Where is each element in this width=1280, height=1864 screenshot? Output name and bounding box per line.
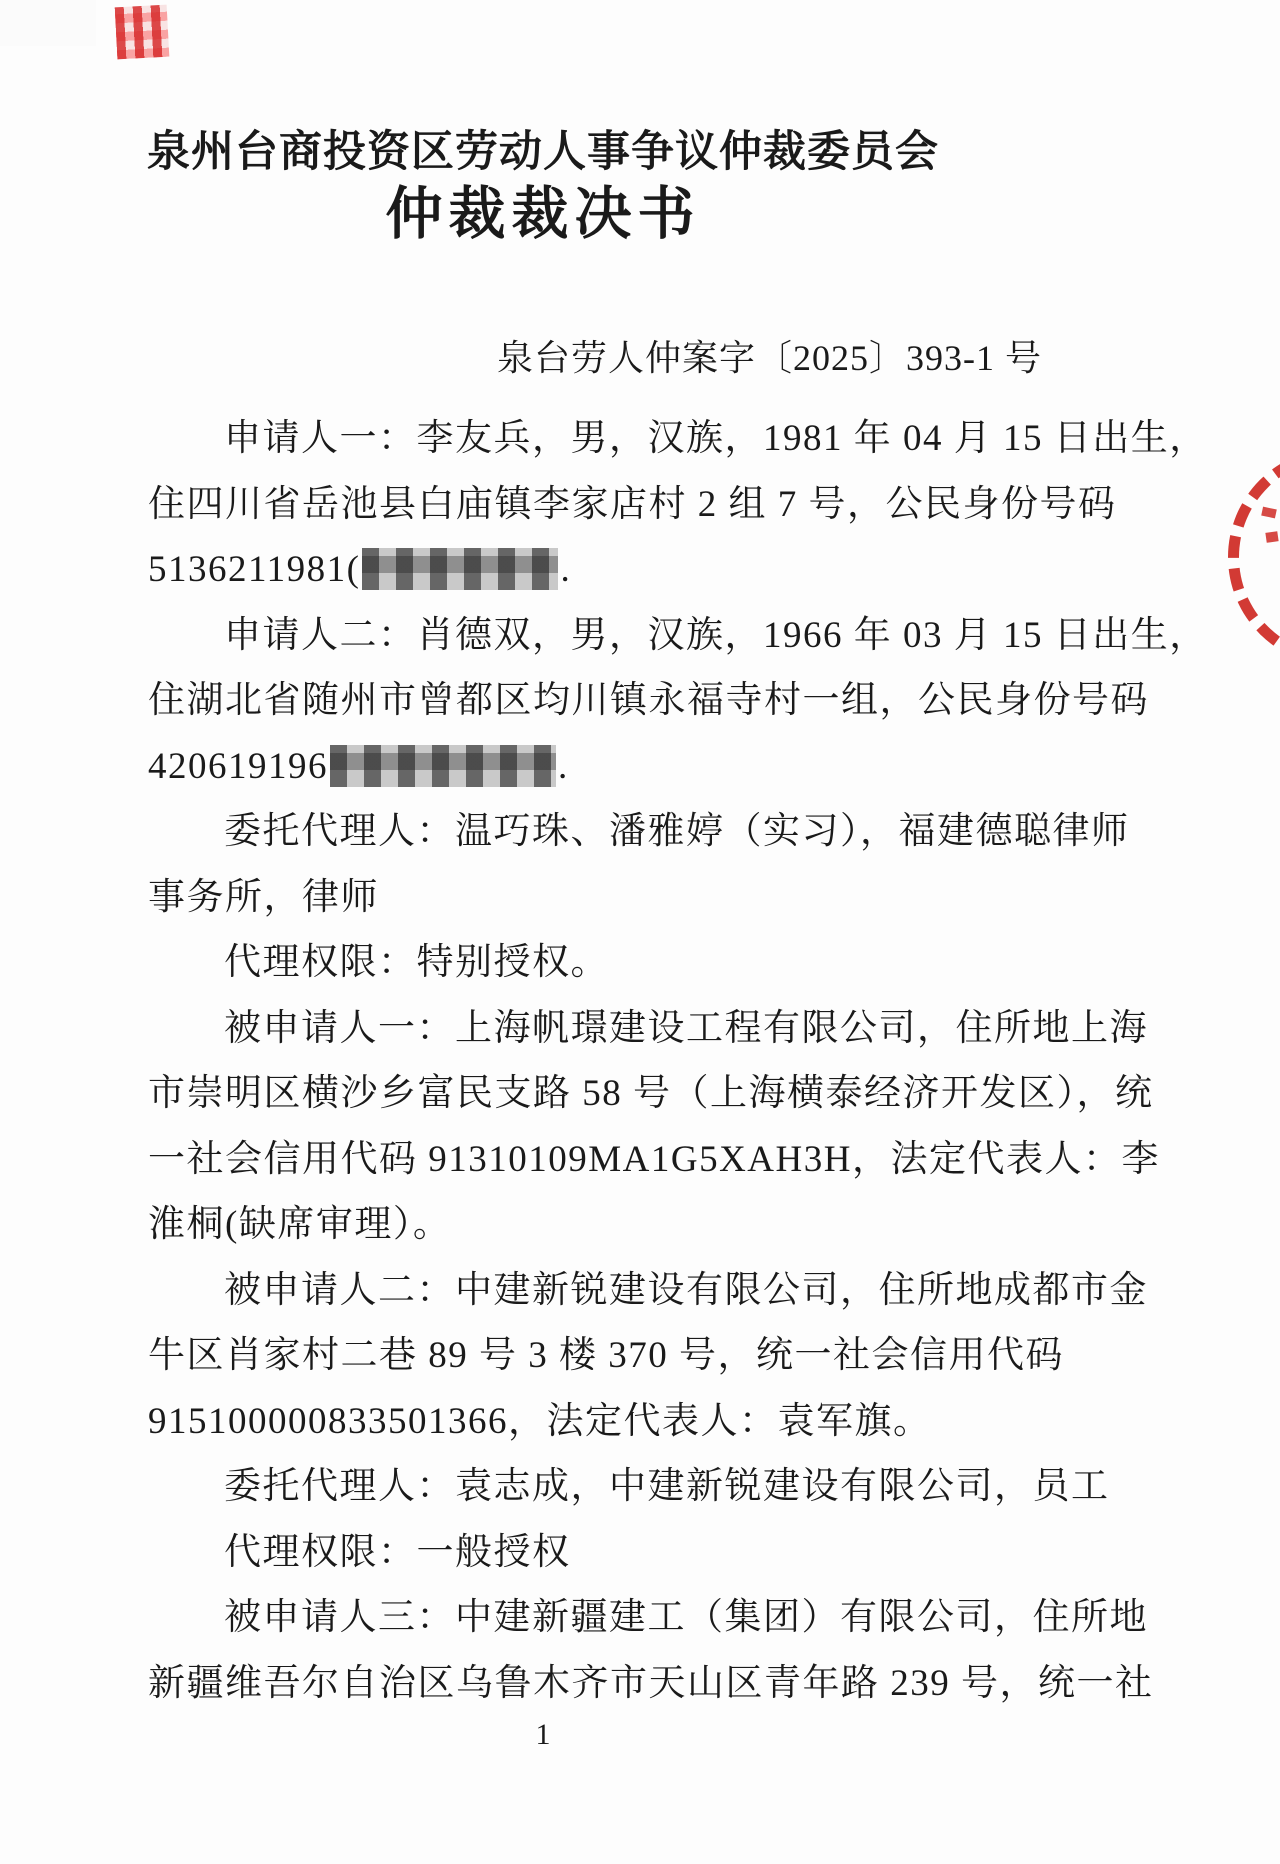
red-annotation-marks [115,5,170,60]
document-header: 泉州台商投资区劳动人事争议仲裁委员会 仲裁裁决书 [0,128,1086,246]
scan-artifact [0,0,96,46]
body-line: 申请人二：肖德双，男，汉族，1966 年 03 月 15 日出生， [148,603,1098,669]
body-line: 915100000833501366，法定代表人：袁军旗。 [148,1389,1098,1455]
official-seal [1228,448,1280,666]
body-line: 申请人一：李友兵，男，汉族，1981 年 04 月 15 日出生， [148,406,1098,472]
document-body: 申请人一：李友兵，男，汉族，1981 年 04 月 15 日出生，住四川省岳池县… [148,406,1098,1716]
body-line: 新疆维吾尔自治区乌鲁木齐市天山区青年路 239 号，统一社 [148,1651,1098,1717]
redacted-id-number [362,548,558,590]
committee-name: 泉州台商投资区劳动人事争议仲裁委员会 [0,128,1086,177]
body-line: 委托代理人：袁志成，中建新锐建设有限公司，员工 [148,1454,1098,1520]
body-line: 5136211981(. [148,537,1098,603]
body-line: 代理权限：一般授权 [148,1520,1098,1586]
body-line: 住四川省岳池县白庙镇李家店村 2 组 7 号，公民身份号码 [148,472,1098,538]
body-line: 420619196. [148,734,1098,800]
body-line: 市崇明区横沙乡富民支路 58 号（上海横泰经济开发区），统 [148,1061,1098,1127]
arbitration-decision-document: 泉州台商投资区劳动人事争议仲裁委员会 仲裁裁决书 泉台劳人仲案字〔2025〕39… [0,0,1280,1864]
body-line: 住湖北省随州市曾都区均川镇永福寺村一组，公民身份号码 [148,668,1098,734]
body-line: 被申请人三：中建新疆建工（集团）有限公司，住所地 [148,1585,1098,1651]
body-line: 牛区肖家村二巷 89 号 3 楼 370 号，统一社会信用代码 [148,1323,1098,1389]
body-line: 委托代理人：温巧珠、潘雅婷（实习），福建德聪律师 [148,799,1098,865]
body-line: 代理权限：特别授权。 [148,930,1098,996]
redacted-id-number [330,745,556,787]
document-title: 仲裁裁决书 [0,183,1086,246]
body-line: 事务所，律师 [148,865,1098,931]
body-line: 淮桐(缺席审理）。 [148,1192,1098,1258]
body-line: 被申请人二：中建新锐建设有限公司，住所地成都市金 [148,1258,1098,1324]
body-line: 一社会信用代码 91310109MA1G5XAH3H，法定代表人：李 [148,1127,1098,1193]
page-number: 1 [0,1718,1086,1752]
case-number: 泉台劳人仲案字〔2025〕393-1 号 [0,330,1042,381]
body-line: 被申请人一：上海帆璟建设工程有限公司，住所地上海 [148,996,1098,1062]
seal-text-fragment [1265,531,1278,543]
